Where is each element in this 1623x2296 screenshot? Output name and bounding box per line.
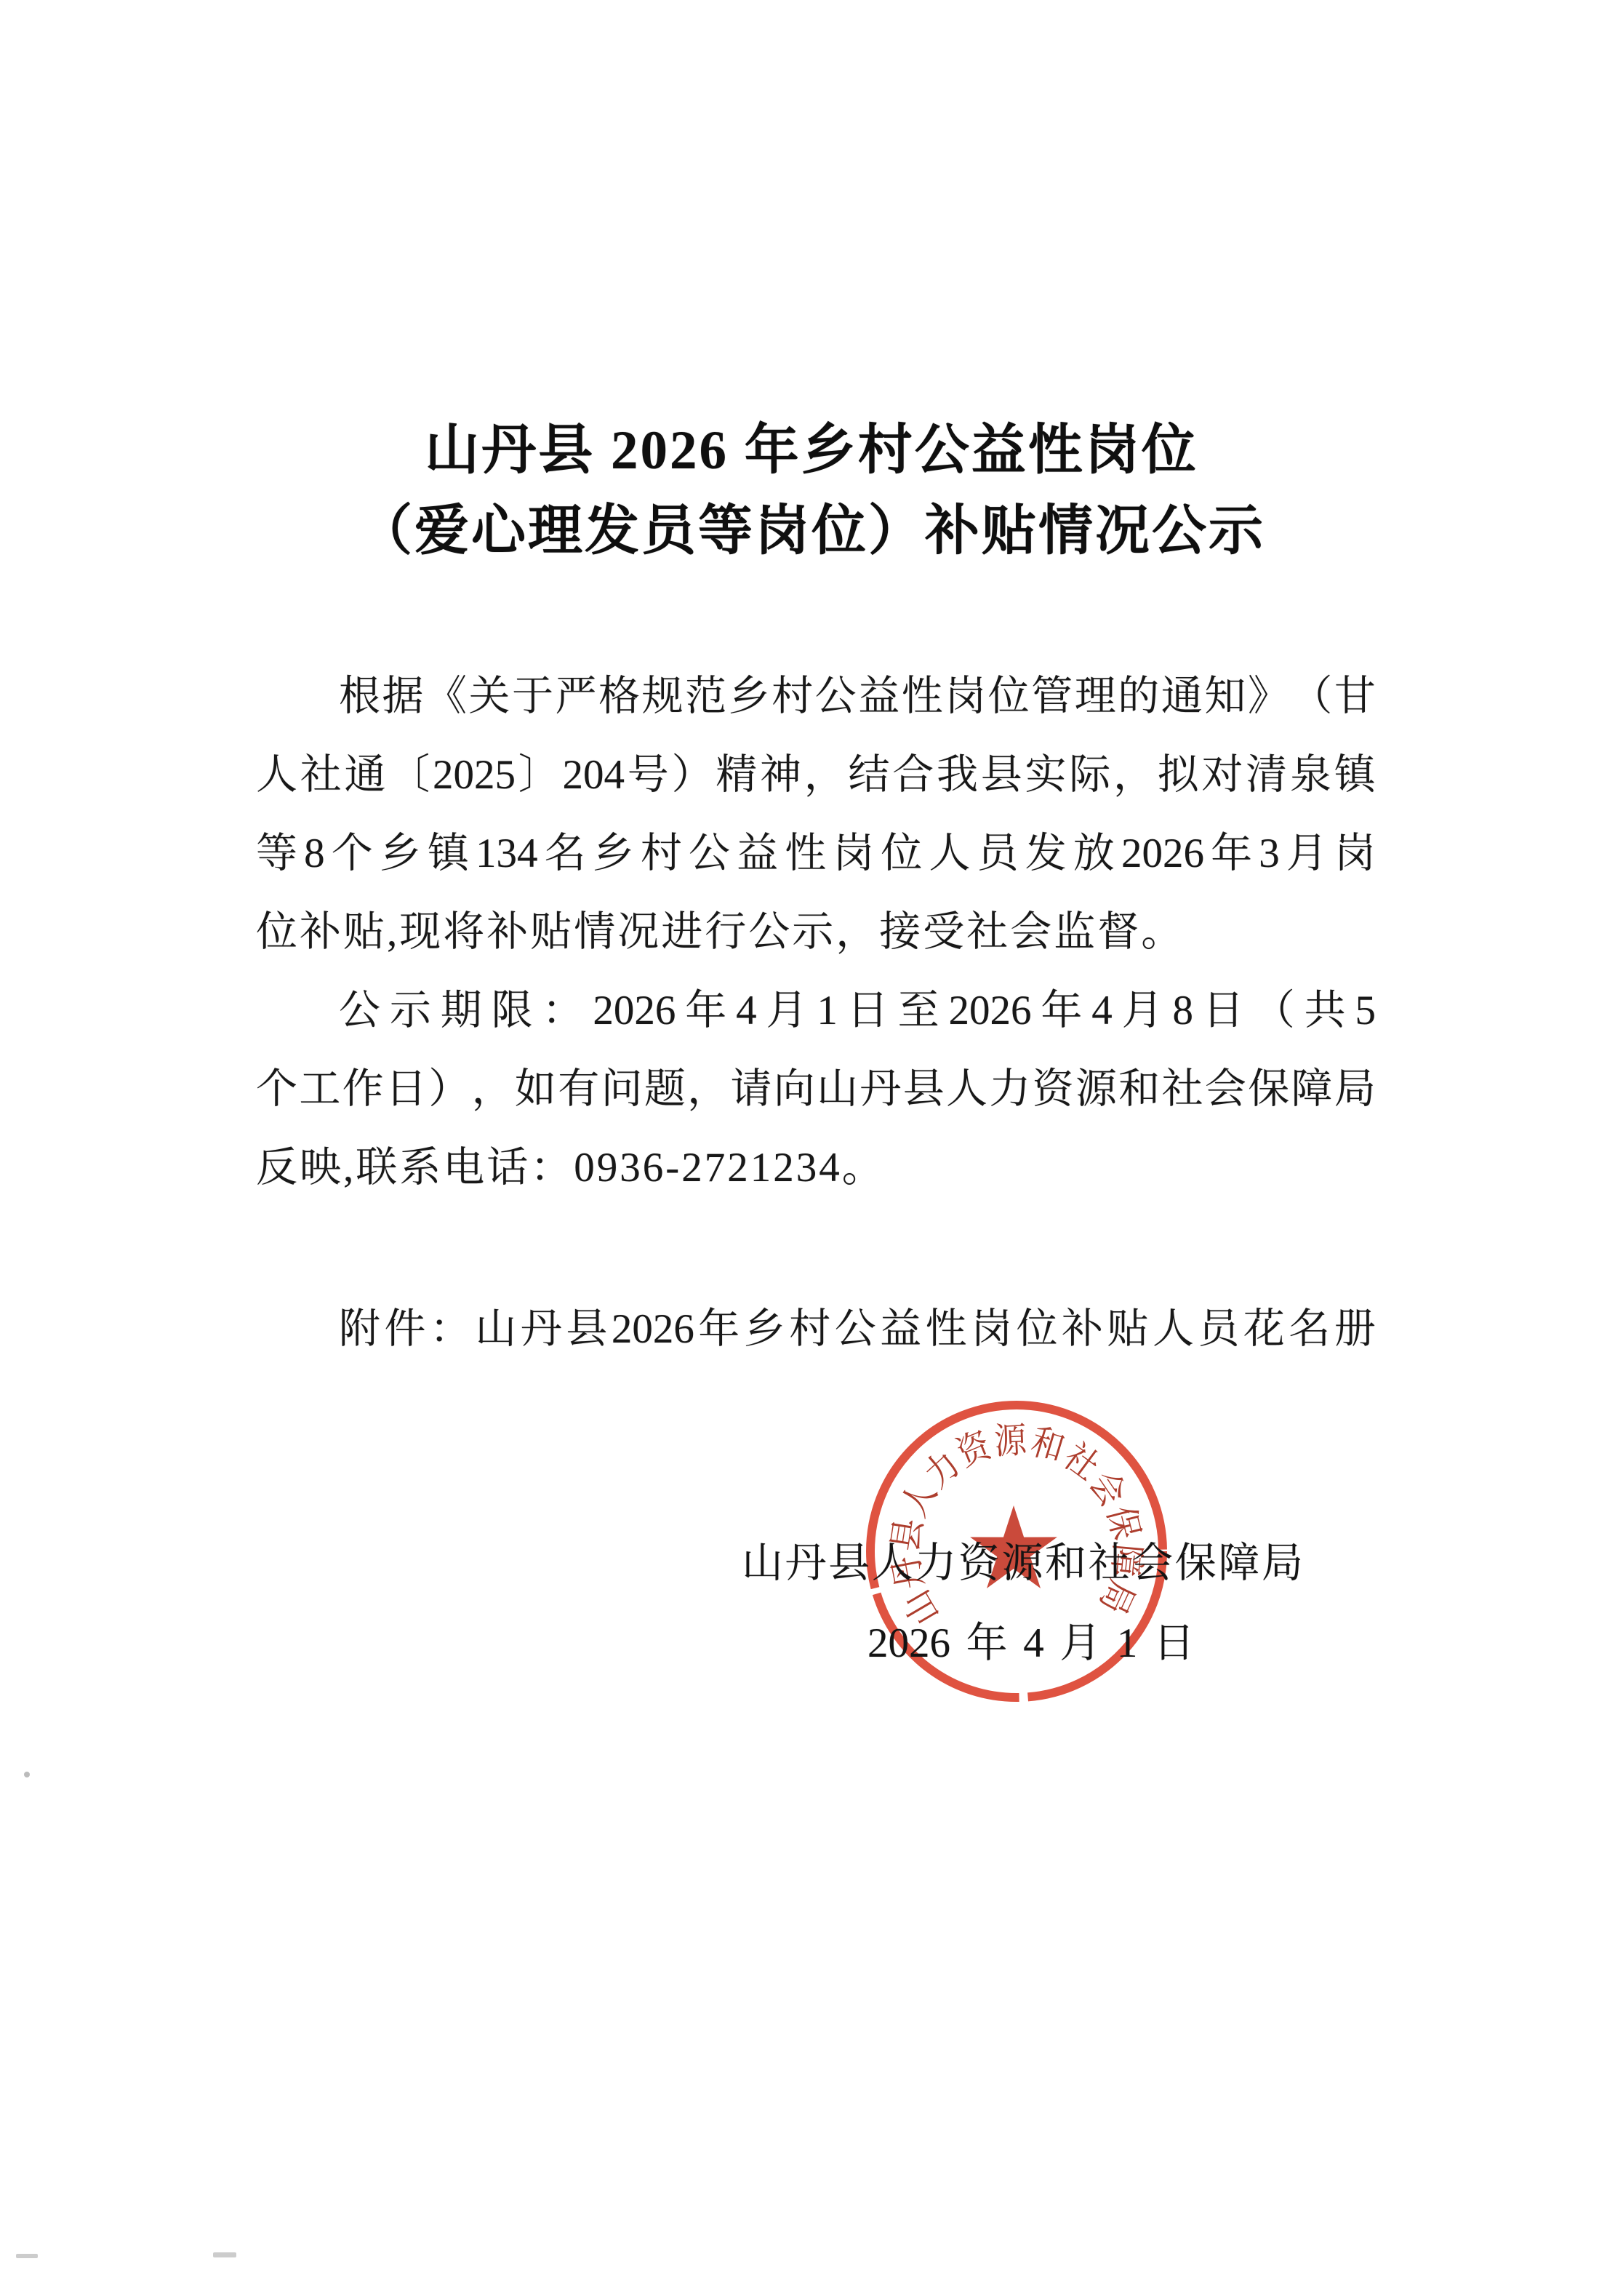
text-token: 公 bbox=[339, 972, 380, 1050]
text-token: 至 bbox=[898, 972, 939, 1050]
text-token: 于 bbox=[512, 657, 553, 736]
text-token: 位 bbox=[988, 657, 1030, 736]
text-token: 山 bbox=[817, 1050, 858, 1129]
text-token: 源 bbox=[1001, 1524, 1043, 1603]
text-token: 保 bbox=[1248, 1050, 1289, 1129]
text-token: 乡 bbox=[380, 815, 421, 893]
text-token: 和 bbox=[1118, 1050, 1160, 1129]
text-token: 年 bbox=[966, 1604, 1008, 1683]
text-token: ， bbox=[472, 1050, 513, 1129]
text-token: 拟 bbox=[1158, 736, 1199, 815]
text-token: 乡 bbox=[744, 1290, 785, 1369]
text-token: 关 bbox=[469, 657, 510, 736]
text-token: 局 bbox=[1334, 1050, 1376, 1129]
text-token: 示 bbox=[390, 972, 431, 1050]
text-token: ： bbox=[542, 972, 584, 1050]
text-token: 镇 bbox=[1334, 736, 1376, 815]
text-token: 2026 bbox=[612, 1290, 694, 1369]
text-token: 村 bbox=[772, 657, 813, 736]
text-token: 合 bbox=[892, 736, 934, 815]
text-token: 个 bbox=[332, 815, 373, 893]
text-token: ， bbox=[804, 736, 846, 815]
text-token: 月 bbox=[1059, 1604, 1101, 1683]
text-token: 泉 bbox=[1290, 736, 1331, 815]
text-token: 县 bbox=[981, 736, 1022, 815]
text-token: 3 bbox=[1259, 815, 1280, 893]
attachment-line: 附件：山丹县2026年乡村公益性岗位补贴人员花名册 bbox=[256, 1290, 1376, 1369]
text-token: 问 bbox=[601, 1050, 643, 1129]
text-token: 名 bbox=[1289, 1290, 1330, 1369]
title-line-2: （爱心理发员等岗位）补贴情况公示 bbox=[0, 491, 1623, 572]
text-token: 丹 bbox=[521, 1290, 562, 1369]
text-token: 资 bbox=[958, 1524, 1000, 1603]
text-token: 员 bbox=[1198, 1290, 1239, 1369]
text-token: ） bbox=[428, 1050, 470, 1129]
text-token: 放 bbox=[1073, 815, 1115, 893]
text-token: 社 bbox=[1162, 1050, 1203, 1129]
text-token: （ bbox=[1291, 657, 1332, 736]
body-line: 反映,联系电话：0936-2721234。 bbox=[256, 1129, 1376, 1207]
text-token: 等 bbox=[256, 815, 297, 893]
text-token: 际 bbox=[1069, 736, 1110, 815]
text-token: 性 bbox=[926, 1290, 967, 1369]
text-token: 局 bbox=[1262, 1524, 1303, 1603]
text-token: 如 bbox=[515, 1050, 556, 1129]
issuing-agency-signature: 山丹县人力资源和社会保障局 bbox=[742, 1524, 1303, 1603]
text-token: 性 bbox=[902, 657, 943, 736]
text-token: 年 bbox=[1041, 972, 1082, 1050]
document-text-layer: 山丹县 2026 年乡村公益性岗位 （爱心理发员等岗位）补贴情况公示 根据《关于… bbox=[0, 0, 1623, 2296]
text-token: 日 bbox=[847, 972, 889, 1050]
text-token: 精 bbox=[716, 736, 757, 815]
text-token: 工 bbox=[299, 1050, 340, 1129]
text-token: 号 bbox=[628, 736, 669, 815]
body-line: 等8个乡镇134名乡村公益性岗位人员发放2026年3月岗 bbox=[256, 815, 1376, 893]
text-token: 公 bbox=[835, 1290, 876, 1369]
text-token: 村 bbox=[641, 815, 682, 893]
text-token: 岗 bbox=[833, 815, 874, 893]
text-token: 社 bbox=[300, 736, 342, 815]
text-token: 严 bbox=[556, 657, 597, 736]
text-token: 村 bbox=[789, 1290, 830, 1369]
text-token: 管 bbox=[1031, 657, 1073, 736]
text-token: 件 bbox=[384, 1290, 425, 1369]
text-token: 补 bbox=[1062, 1290, 1103, 1369]
text-token: 岗 bbox=[971, 1290, 1012, 1369]
body-line: 位补贴,现将补贴情况进行公示，接受社会监督。 bbox=[256, 893, 1376, 972]
text-token: 2025 bbox=[433, 736, 516, 815]
text-token: 作 bbox=[342, 1050, 384, 1129]
text-token: 县 bbox=[828, 1524, 870, 1603]
text-token: 日 bbox=[385, 1050, 427, 1129]
text-token: 公 bbox=[689, 815, 730, 893]
body-line: 根据《关于严格规范乡村公益性岗位管理的通知》（甘 bbox=[256, 657, 1376, 736]
text-token: 人 bbox=[872, 1524, 913, 1603]
text-token: 性 bbox=[785, 815, 826, 893]
text-token: 和 bbox=[1045, 1524, 1086, 1603]
text-token: 益 bbox=[737, 815, 778, 893]
text-token: 丹 bbox=[859, 1050, 901, 1129]
text-token: 障 bbox=[1291, 1050, 1333, 1129]
text-token: 人 bbox=[256, 736, 297, 815]
text-token: 县 bbox=[903, 1050, 945, 1129]
text-token: （ bbox=[1254, 972, 1295, 1050]
text-token: 204 bbox=[563, 736, 625, 815]
text-token: 乡 bbox=[593, 815, 634, 893]
text-token: 岗 bbox=[945, 657, 986, 736]
text-token: 岗 bbox=[1334, 815, 1376, 893]
text-token: 人 bbox=[946, 1050, 987, 1129]
text-token: 月 bbox=[1286, 815, 1328, 893]
text-token: 实 bbox=[1025, 736, 1067, 815]
text-token: 2026 bbox=[1121, 815, 1204, 893]
text-token: 我 bbox=[937, 736, 978, 815]
document-title: 山丹县 2026 年乡村公益性岗位 （爱心理发员等岗位）补贴情况公示 bbox=[0, 410, 1623, 572]
text-token: 规 bbox=[642, 657, 684, 736]
document-page: 山丹县人力资源和社会保障局 山丹县 2026 年乡村公益性岗位 （爱心理发员等岗… bbox=[0, 0, 1623, 2296]
text-token: 资 bbox=[1033, 1050, 1074, 1129]
text-token: 通 bbox=[345, 736, 386, 815]
text-token: ） bbox=[672, 736, 713, 815]
text-token: 期 bbox=[441, 972, 482, 1050]
body-line: 个工作日），如有问题，请向山丹县人力资源和社会保障局 bbox=[256, 1050, 1376, 1129]
text-token: 〕 bbox=[518, 736, 560, 815]
text-token: 障 bbox=[1218, 1524, 1259, 1603]
text-token: 年 bbox=[1211, 815, 1252, 893]
text-token: 位 bbox=[1017, 1290, 1058, 1369]
text-token: 册 bbox=[1334, 1290, 1376, 1369]
text-token: 镇 bbox=[428, 815, 469, 893]
text-token: 日 bbox=[1153, 1604, 1195, 1683]
text-token: 月 bbox=[766, 972, 808, 1050]
text-token: 题 bbox=[644, 1050, 686, 1129]
text-token: 5 bbox=[1355, 972, 1376, 1050]
text-token: 社 bbox=[1089, 1524, 1130, 1603]
text-token: 共 bbox=[1305, 972, 1346, 1050]
text-token: 限 bbox=[492, 972, 533, 1050]
text-token: 县 bbox=[566, 1290, 607, 1369]
text-token: 〔 bbox=[388, 736, 430, 815]
text-token: 清 bbox=[1246, 736, 1287, 815]
text-token: 发 bbox=[1025, 815, 1067, 893]
text-token: 2026 bbox=[949, 972, 1032, 1050]
body-line: 公示期限：2026年4月1日至2026年4月8日（共5 bbox=[256, 972, 1376, 1050]
text-token: 贴 bbox=[1107, 1290, 1149, 1369]
text-token: 益 bbox=[880, 1290, 921, 1369]
text-token: 据 bbox=[382, 657, 424, 736]
text-token: 2026 bbox=[867, 1604, 950, 1683]
text-token: 人 bbox=[929, 815, 971, 893]
text-token: ， bbox=[1113, 736, 1155, 815]
text-token: 范 bbox=[685, 657, 726, 736]
text-token: 8 bbox=[304, 815, 325, 893]
text-token: 益 bbox=[858, 657, 899, 736]
issue-date: 2026年4月1日 bbox=[867, 1604, 1195, 1683]
text-token: 8 bbox=[1173, 972, 1194, 1050]
text-token: 》 bbox=[1248, 657, 1289, 736]
text-token: 4 bbox=[1023, 1604, 1044, 1683]
text-token: 4 bbox=[1091, 972, 1113, 1050]
title-line-1: 山丹县 2026 年乡村公益性岗位 bbox=[0, 410, 1623, 491]
text-token: 结 bbox=[849, 736, 890, 815]
text-token: 1 bbox=[1117, 1604, 1138, 1683]
text-token: 公 bbox=[815, 657, 857, 736]
text-token: 名 bbox=[545, 815, 586, 893]
text-token: 有 bbox=[558, 1050, 599, 1129]
text-token: 个 bbox=[256, 1050, 297, 1129]
text-token: 2026 bbox=[593, 972, 676, 1050]
text-token: 乡 bbox=[729, 657, 770, 736]
text-token: 向 bbox=[774, 1050, 815, 1129]
text-token: 附 bbox=[339, 1290, 380, 1369]
text-token: 神 bbox=[760, 736, 801, 815]
text-token: 年 bbox=[698, 1290, 740, 1369]
text-token: 会 bbox=[1131, 1524, 1173, 1603]
text-token: 134 bbox=[476, 815, 538, 893]
text-token: 花 bbox=[1243, 1290, 1285, 1369]
text-token: ： bbox=[430, 1290, 471, 1369]
text-token: 力 bbox=[989, 1050, 1030, 1129]
text-token: 理 bbox=[1075, 657, 1116, 736]
text-token: 的 bbox=[1118, 657, 1159, 736]
text-token: 请 bbox=[730, 1050, 772, 1129]
text-token: 丹 bbox=[785, 1524, 827, 1603]
text-token: 位 bbox=[881, 815, 922, 893]
text-token: 源 bbox=[1075, 1050, 1117, 1129]
text-token: 4 bbox=[736, 972, 757, 1050]
body-text: 根据《关于严格规范乡村公益性岗位管理的通知》（甘 人社通〔2025〕204号）精… bbox=[256, 657, 1376, 1207]
body-line: 人社通〔2025〕204号）精神，结合我县实际，拟对清泉镇 bbox=[256, 736, 1376, 815]
text-token: 会 bbox=[1205, 1050, 1246, 1129]
text-token: 通 bbox=[1161, 657, 1203, 736]
text-token: 人 bbox=[1153, 1290, 1194, 1369]
text-token: 对 bbox=[1202, 736, 1243, 815]
text-token: 1 bbox=[817, 972, 838, 1050]
text-token: ， bbox=[687, 1050, 729, 1129]
text-token: 力 bbox=[915, 1524, 956, 1603]
text-token: 日 bbox=[1203, 972, 1244, 1050]
text-token: 知 bbox=[1204, 657, 1246, 736]
text-token: 《 bbox=[425, 657, 467, 736]
text-token: 员 bbox=[977, 815, 1019, 893]
text-token: 根 bbox=[339, 657, 380, 736]
text-token: 月 bbox=[1122, 972, 1163, 1050]
text-token: 格 bbox=[598, 657, 640, 736]
text-token: 年 bbox=[685, 972, 726, 1050]
text-token: 山 bbox=[742, 1524, 783, 1603]
text-token: 甘 bbox=[1334, 657, 1376, 736]
text-token: 保 bbox=[1175, 1524, 1217, 1603]
text-token: 山 bbox=[475, 1290, 516, 1369]
